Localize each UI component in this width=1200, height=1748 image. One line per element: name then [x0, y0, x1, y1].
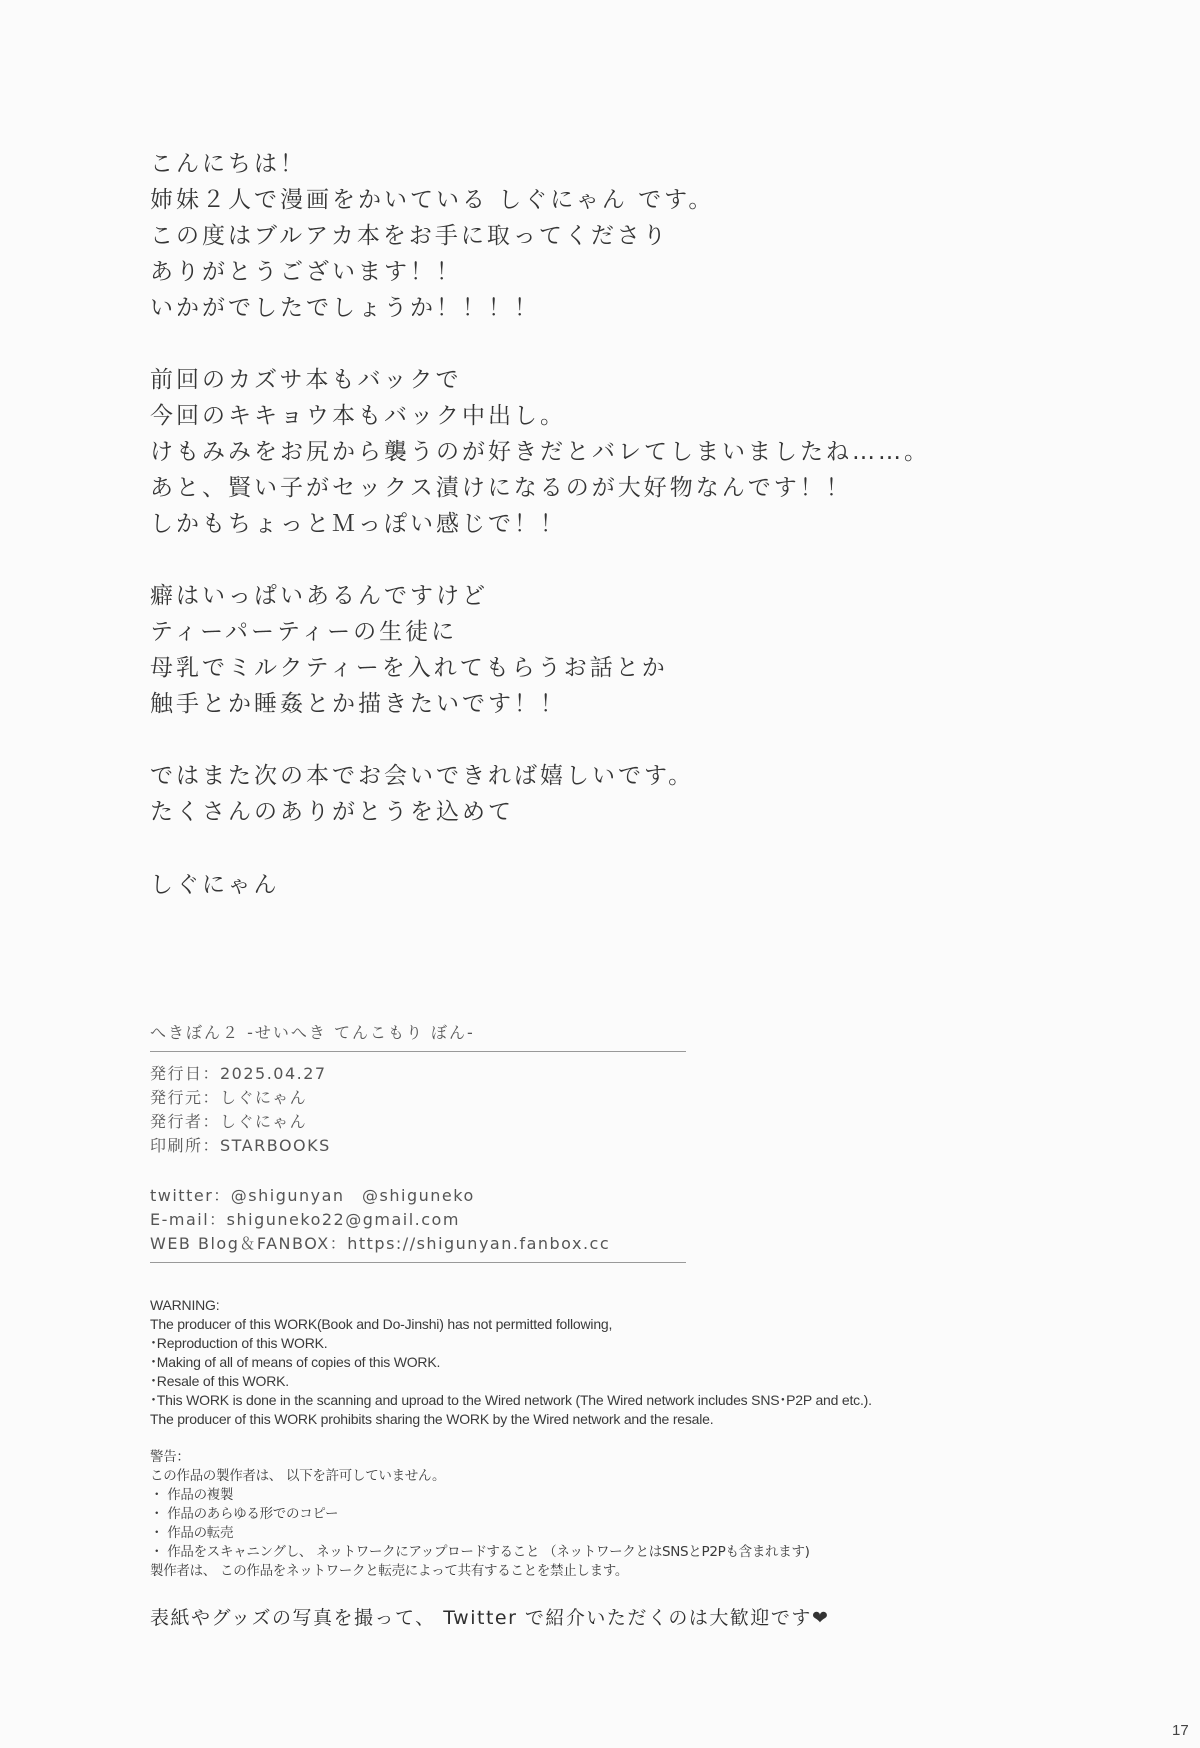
afterword-line: ティーパーティーの生徒に [150, 614, 930, 650]
warning-line: ･Resale of this WORK. [150, 1372, 872, 1391]
colophon: へきぼん２ -せいへき てんこもり ぼん- 発行日：2025.04.27 発行元… [150, 1020, 686, 1263]
afterword-line: ありがとうございます！！ [150, 254, 930, 290]
email-address: E-mail：shiguneko22@gmail.com [150, 1208, 686, 1232]
heart-icon: ❤ [812, 1607, 829, 1629]
publish-date: 発行日：2025.04.27 [150, 1062, 686, 1086]
warning-line: The producer of this WORK prohibits shar… [150, 1410, 872, 1429]
afterword-line: けもみみをお尻から襲うのが好きだとバレてしまいましたね……。 [150, 434, 930, 470]
afterword-line: たくさんのありがとうを込めて [150, 794, 930, 830]
book-title: へきぼん２ -せいへき てんこもり ぼん- [150, 1020, 686, 1043]
warning-line: ･This WORK is done in the scanning and u… [150, 1391, 872, 1410]
warning-line: 製作者は、 この作品をネットワークと転売によって共有することを禁止します。 [150, 1562, 810, 1581]
afterword-line: 癖はいっぱいあるんですけど [150, 578, 930, 614]
signature: しぐにゃん [150, 866, 280, 899]
warning-heading: WARNING: [150, 1296, 872, 1315]
warning-line: ･Reproduction of this WORK. [150, 1334, 872, 1353]
welcome-text: 表紙やグッズの写真を撮って、 Twitter で紹介いただくのは大歓迎です [150, 1607, 812, 1629]
afterword-line: 母乳でミルクティーを入れてもらうお話とか [150, 650, 930, 686]
warning-line: ･Making of all of means of copies of thi… [150, 1353, 872, 1372]
afterword-line: 前回のカズサ本もバックで [150, 362, 930, 398]
warning-line: ・ 作品のあらゆる形でのコピー [150, 1505, 810, 1524]
afterword-paragraph: ではまた次の本でお会いできれば嬉しいです。 たくさんのありがとうを込めて [150, 758, 930, 830]
afterword-line: 今回のキキョウ本もバック中出し。 [150, 398, 930, 434]
warning-english: WARNING: The producer of this WORK(Book … [150, 1296, 872, 1429]
warning-heading: 警告： [150, 1448, 810, 1467]
page-number: 17 [1172, 1722, 1189, 1739]
divider [150, 1262, 686, 1263]
warning-line: この作品の製作者は、 以下を許可していません。 [150, 1467, 810, 1486]
afterword-line: この度はブルアカ本をお手に取ってくださり [150, 218, 930, 254]
afterword-line: 触手とか睡姦とか描きたいです！！ [150, 686, 930, 722]
afterword-paragraph: こんにちは！ 姉妹２人で漫画をかいている しぐにゃん です。 この度はブルアカ本… [150, 146, 930, 326]
afterword-paragraph: 癖はいっぱいあるんですけど ティーパーティーの生徒に 母乳でミルクティーを入れて… [150, 578, 930, 722]
warning-line: ・ 作品の転売 [150, 1524, 810, 1543]
afterword-line: あと、賢い子がセックス漬けになるのが大好物なんです！！ [150, 470, 930, 506]
twitter-handles: twitter：@shigunyan @shiguneko [150, 1184, 686, 1208]
web-link: WEB Blog＆FANBOX：https://shigunyan.fanbox… [150, 1232, 686, 1256]
warning-japanese: 警告： この作品の製作者は、 以下を許可していません。 ・ 作品の複製 ・ 作品… [150, 1448, 810, 1581]
publisher: 発行元：しぐにゃん [150, 1086, 686, 1110]
afterword-line: いかがでしたでしょうか！！！！ [150, 290, 930, 326]
afterword: こんにちは！ 姉妹２人で漫画をかいている しぐにゃん です。 この度はブルアカ本… [150, 146, 930, 866]
warning-line: ・ 作品をスキャニングし、 ネットワークにアップロードすること （ネットワークと… [150, 1543, 810, 1562]
printer: 印刷所：STARBOOKS [150, 1134, 686, 1158]
contact-info: twitter：@shigunyan @shiguneko E-mail：shi… [150, 1184, 686, 1256]
afterword-line: こんにちは！ [150, 146, 930, 182]
afterword-paragraph: 前回のカズサ本もバックで 今回のキキョウ本もバック中出し。 けもみみをお尻から襲… [150, 362, 930, 542]
publication-meta: 発行日：2025.04.27 発行元：しぐにゃん 発行者：しぐにゃん 印刷所：S… [150, 1062, 686, 1158]
warning-line: ・ 作品の複製 [150, 1486, 810, 1505]
warning-line: The producer of this WORK(Book and Do-Ji… [150, 1315, 872, 1334]
issuer: 発行者：しぐにゃん [150, 1110, 686, 1134]
welcome-message: 表紙やグッズの写真を撮って、 Twitter で紹介いただくのは大歓迎です❤ [150, 1603, 829, 1630]
divider [150, 1051, 686, 1052]
afterword-line: しかもちょっとＭっぽい感じで！！ [150, 506, 930, 542]
afterword-line: ではまた次の本でお会いできれば嬉しいです。 [150, 758, 930, 794]
afterword-line: 姉妹２人で漫画をかいている しぐにゃん です。 [150, 182, 930, 218]
